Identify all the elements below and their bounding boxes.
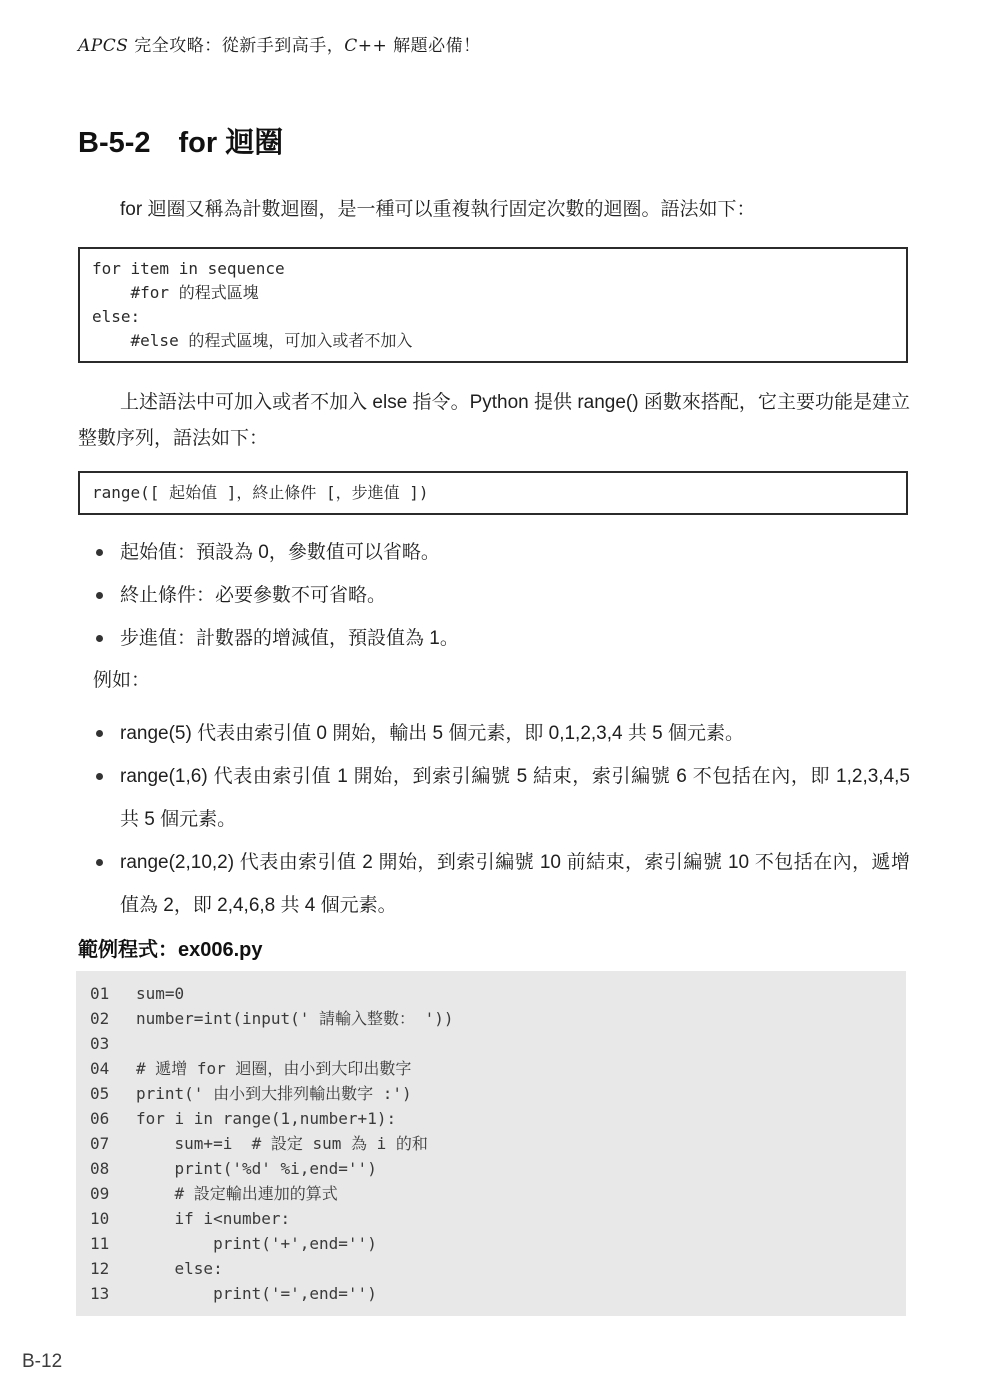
book-page: APCS 完全攻略：從新手到高手，C++ 解題必備！ B-5-2for 迴圈 f…: [0, 0, 1000, 1393]
line-number: 12: [90, 1256, 120, 1281]
range-syntax-line: range([ 起始值 ]，終止條件 [，步進值 ]): [92, 481, 894, 505]
line-code: # 設定輸出連加的算式: [136, 1181, 338, 1206]
line-number: 10: [90, 1206, 120, 1231]
line-code: print(' 由小到大排列輸出數字 :'): [136, 1081, 412, 1106]
code-line-row: 11 print('+',end=''): [90, 1231, 894, 1256]
line-number: 09: [90, 1181, 120, 1206]
syntax-line: #for 的程式區塊: [92, 281, 894, 305]
line-code: number=int(input(' 請輸入整數： ')): [136, 1006, 454, 1031]
code-line-row: 10 if i<number:: [90, 1206, 894, 1231]
param-bullet-item: 步進值：計數器的增減值，預設值為 1。: [78, 617, 910, 660]
running-header-mid: 完全攻略：從新手到高手，: [128, 36, 344, 56]
example-bullet-item: range(1,6) 代表由索引值 1 開始，到索引編號 5 結束，索引編號 6…: [78, 755, 910, 841]
code-listing: 01sum=002number=int(input(' 請輸入整數： '))03…: [76, 971, 906, 1316]
line-number: 08: [90, 1156, 120, 1181]
line-code: for i in range(1,number+1):: [136, 1106, 396, 1131]
line-number: 11: [90, 1231, 120, 1256]
line-number: 02: [90, 1006, 120, 1031]
section-number: B-5-2: [78, 127, 151, 159]
running-header: APCS 完全攻略：從新手到高手，C++ 解題必備！: [78, 34, 922, 58]
code-line-row: 12 else:: [90, 1256, 894, 1281]
code-line-row: 01sum=0: [90, 981, 894, 1006]
code-line-row: 13 print('=',end=''): [90, 1281, 894, 1306]
line-number: 05: [90, 1081, 120, 1106]
line-number: 06: [90, 1106, 120, 1131]
code-line-row: 06for i in range(1,number+1):: [90, 1106, 894, 1131]
line-code: print('=',end=''): [136, 1281, 377, 1306]
param-bullet-item: 終止條件：必要參數不可省略。: [78, 574, 910, 617]
param-bullet-list: 起始值：預設為 0，參數值可以省略。終止條件：必要參數不可省略。步進值：計數器的…: [78, 531, 910, 660]
example-bullet-item: range(5) 代表由索引值 0 開始，輸出 5 個元素，即 0,1,2,3,…: [78, 712, 910, 755]
line-number: 07: [90, 1131, 120, 1156]
code-line-row: 07 sum+=i # 設定 sum 為 i 的和: [90, 1131, 894, 1156]
syntax-line: #else 的程式區塊，可加入或者不加入: [92, 329, 894, 353]
line-number: 13: [90, 1281, 120, 1306]
line-code: print('+',end=''): [136, 1231, 377, 1256]
code-line-row: 04# 遞增 for 迴圈，由小到大印出數字: [90, 1056, 894, 1081]
code-line-row: 02number=int(input(' 請輸入整數： ')): [90, 1006, 894, 1031]
code-line-row: 03: [90, 1031, 894, 1056]
code-line-row: 05print(' 由小到大排列輸出數字 :'): [90, 1081, 894, 1106]
intro-paragraph: for 迴圈又稱為計數迴圈，是一種可以重複執行固定次數的迴圈。語法如下：: [78, 192, 910, 228]
for-syntax-box: for item in sequence #for 的程式區塊else: #el…: [78, 247, 908, 363]
range-syntax-box: range([ 起始值 ]，終止條件 [，步進值 ]): [78, 471, 908, 515]
running-header-cpp: C++: [344, 36, 387, 56]
sample-program-heading: 範例程式：ex006.py: [78, 937, 922, 963]
line-code: else:: [136, 1256, 223, 1281]
range-paragraph: 上述語法中可加入或者不加入 else 指令。Python 提供 range() …: [78, 385, 910, 457]
section-title: for 迴圈: [179, 127, 284, 159]
example-label: 例如：: [78, 666, 922, 696]
code-line-row: 09 # 設定輸出連加的算式: [90, 1181, 894, 1206]
running-header-tail: 解題必備！: [387, 36, 480, 56]
line-code: sum+=i # 設定 sum 為 i 的和: [136, 1131, 428, 1156]
line-code: sum=0: [136, 981, 184, 1006]
line-code: # 遞增 for 迴圈，由小到大印出數字: [136, 1056, 411, 1081]
syntax-line: for item in sequence: [92, 257, 894, 281]
example-bullet-item: range(2,10,2) 代表由索引值 2 開始，到索引編號 10 前結束，索…: [78, 841, 910, 927]
section-heading: B-5-2for 迴圈: [78, 126, 922, 160]
line-code: print('%d' %i,end=''): [136, 1156, 377, 1181]
code-line-row: 08 print('%d' %i,end=''): [90, 1156, 894, 1181]
line-number: 04: [90, 1056, 120, 1081]
param-bullet-item: 起始值：預設為 0，參數值可以省略。: [78, 531, 910, 574]
line-number: 01: [90, 981, 120, 1006]
line-code: if i<number:: [136, 1206, 290, 1231]
line-number: 03: [90, 1031, 120, 1056]
footer-page-number: B-12: [22, 1351, 62, 1373]
running-header-apcs: APCS: [78, 36, 128, 56]
example-bullet-list: range(5) 代表由索引值 0 開始，輸出 5 個元素，即 0,1,2,3,…: [78, 712, 910, 927]
syntax-line: else:: [92, 305, 894, 329]
